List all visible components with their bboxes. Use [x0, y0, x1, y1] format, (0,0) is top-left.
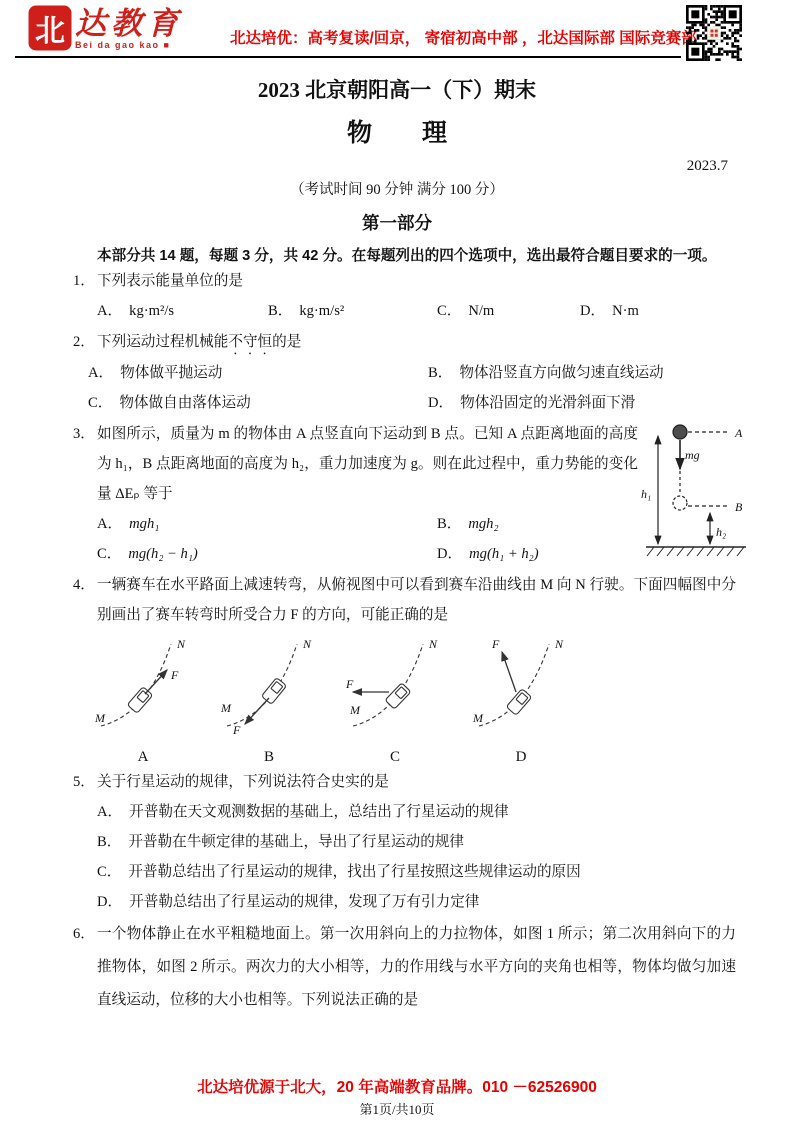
label-F: F: [491, 637, 500, 651]
doc-subject: 物 理: [0, 113, 794, 149]
doc-title: 2023 北京朝阳高一（下）期末: [0, 74, 794, 104]
figure-car-B: N M F B: [219, 634, 319, 766]
car-icon: [261, 678, 286, 705]
ball-at-B: [673, 496, 687, 510]
question-3: 3． h₁ A: [60, 419, 736, 569]
label-B: B: [735, 500, 743, 514]
label-h2: h₂: [716, 525, 726, 539]
option-2D: D．物体沿固定的光滑斜面下滑: [428, 388, 736, 418]
option-1D: D．N·m: [580, 296, 639, 326]
question-1-options: A．kg·m²/s B．kg·m/s² C．N/m D．N·m: [97, 296, 736, 326]
track-curve: [353, 644, 423, 726]
label-M: M: [472, 711, 484, 725]
exam-info: （考试时间 90 分钟 满分 100 分）: [0, 178, 794, 199]
label-N: N: [302, 637, 312, 651]
logo-seal-icon: 北: [30, 7, 70, 49]
panel-label-D: D: [471, 748, 571, 766]
label-F: F: [345, 677, 354, 691]
exam-page: 北 达教育 Bei da gao kao ■ 北达培优：高考复读/回京， 寄宿初…: [0, 0, 794, 1123]
label-A: A: [734, 426, 743, 440]
track-curve: [227, 644, 297, 726]
label-h1: h₁: [641, 487, 651, 501]
panel-label-A: A: [93, 748, 193, 766]
option-3B: B．mgh₂: [437, 509, 638, 539]
question-3-options: A．mgh₁ B．mgh₂ C．mg(h₂ − h₁) D．mg(h₁ + h₂…: [97, 509, 638, 569]
label-F: F: [232, 723, 241, 737]
emphasized-text: 不守恒: [228, 334, 272, 350]
question-4: 4． 一辆赛车在水平路面上减速转弯，从俯视图中可以看到赛车沿曲线由 M 向 N …: [60, 570, 736, 766]
section-title: 第一部分: [0, 210, 794, 235]
footer-slogan: 北达培优源于北大，20 年高端教育品牌。010 －62526900: [0, 1075, 794, 1097]
doc-date: 2023.7: [0, 158, 728, 175]
label-N: N: [176, 637, 186, 651]
option-5C: C．开普勒总结出了行星运动的规律，找出了行星按照这些规律运动的原因: [97, 857, 736, 887]
question-3-number: 3．: [73, 419, 95, 449]
logo-caption: Bei da gao kao ■: [75, 40, 183, 50]
option-5A: A．开普勒在天文观测数据的基础上，总结出了行星运动的规律: [97, 797, 736, 827]
logo-brand-text: 达教育: [75, 7, 183, 40]
question-5-stem: 关于行星运动的规律，下列说法符合史实的是: [97, 774, 389, 790]
figure-car-D: N M F D: [471, 634, 571, 766]
page-number: 第1页/共10页: [0, 1099, 794, 1118]
label-M: M: [220, 701, 232, 715]
question-5: 5． 关于行星运动的规律，下列说法符合史实的是 A．开普勒在天文观测数据的基础上…: [60, 767, 736, 917]
label-F: F: [170, 668, 179, 682]
force-arrow: [502, 652, 516, 692]
panel-label-C: C: [345, 748, 445, 766]
question-6-stem: 一个物体静止在水平粗糙地面上。第一次用斜向上的力拉物体，如图 1 所示；第二次用…: [97, 926, 736, 1008]
figure-car-A: N M F A: [93, 634, 193, 766]
option-1B: B．kg·m/s²: [268, 296, 437, 326]
option-1A: A．kg·m²/s: [97, 296, 268, 326]
car-icon: [127, 687, 153, 714]
question-3-stem: 如图所示，质量为 m 的物体由 A 点竖直向下运动到 B 点。已知 A 点距离地…: [97, 426, 638, 502]
question-2-stem: 下列运动过程机械能不守恒的是: [97, 334, 301, 350]
header-tagline: 北达培优：高考复读/回京， 寄宿初高中部 ，北达国际部 国际竞赛部: [230, 26, 697, 48]
option-3D: D．mg(h₁ + h₂): [437, 539, 638, 569]
panel-label-B: B: [219, 748, 319, 766]
question-4-number: 4．: [73, 570, 95, 600]
force-arrow: [145, 670, 167, 694]
option-1C: C．N/m: [437, 296, 580, 326]
page-header: 北 达教育 Bei da gao kao ■ 北达培优：高考复读/回京， 寄宿初…: [0, 0, 794, 58]
option-3A: A．mgh₁: [97, 509, 437, 539]
ball-at-A: [673, 425, 687, 439]
question-2-options: A．物体做平抛运动 B．物体沿竖直方向做匀速直线运动 C．物体做自由落体运动 D…: [88, 358, 736, 418]
car-icon: [506, 689, 532, 716]
force-arrow: [245, 698, 269, 724]
label-M: M: [94, 711, 106, 725]
question-1: 1． 下列表示能量单位的是 A．kg·m²/s B．kg·m/s² C．N/m …: [60, 266, 736, 326]
option-5D: D．开普勒总结出了行星运动的规律，发现了万有引力定律: [97, 887, 736, 917]
qr-code: [686, 5, 742, 61]
track-curve: [101, 644, 171, 726]
figure-falling-ball: h₁ A mg B h₂: [638, 419, 752, 570]
question-2: 2． 下列运动过程机械能不守恒的是 A．物体做平抛运动 B．物体沿竖直方向做匀速…: [60, 327, 736, 418]
option-3C: C．mg(h₂ − h₁): [97, 539, 437, 569]
label-N: N: [428, 637, 438, 651]
option-2A: A．物体做平抛运动: [88, 358, 428, 388]
question-6-number: 6．: [73, 918, 95, 951]
beida-logo: 北 达教育 Bei da gao kao ■: [30, 7, 183, 50]
option-2C: C．物体做自由落体运动: [88, 388, 428, 418]
label-M: M: [349, 703, 361, 717]
option-2B: B．物体沿竖直方向做匀速直线运动: [428, 358, 736, 388]
question-4-figures: N M F A N M: [93, 634, 736, 766]
question-4-stem: 一辆赛车在水平路面上减速转弯，从俯视图中可以看到赛车沿曲线由 M 向 N 行驶。…: [97, 577, 736, 623]
section-intro: 本部分共 14 题，每题 3 分，共 42 分。在每题列出的四个选项中，选出最符…: [60, 244, 736, 265]
option-5B: B．开普勒在牛顿定律的基础上，导出了行星运动的规律: [97, 827, 736, 857]
question-1-stem: 下列表示能量单位的是: [97, 273, 243, 289]
question-5-number: 5．: [73, 767, 95, 797]
question-6: 6． 一个物体静止在水平粗糙地面上。第一次用斜向上的力拉物体，如图 1 所示；第…: [60, 918, 736, 1017]
question-area: 本部分共 14 题，每题 3 分，共 42 分。在每题列出的四个选项中，选出最符…: [0, 244, 794, 1017]
label-N: N: [554, 637, 564, 651]
ground-hatching: [647, 547, 744, 556]
label-mg: mg: [685, 448, 700, 462]
question-1-number: 1．: [73, 266, 95, 296]
question-2-number: 2．: [73, 327, 95, 357]
figure-car-C: N M F C: [345, 634, 445, 766]
question-5-options: A．开普勒在天文观测数据的基础上，总结出了行星运动的规律 B．开普勒在牛顿定律的…: [97, 797, 736, 917]
